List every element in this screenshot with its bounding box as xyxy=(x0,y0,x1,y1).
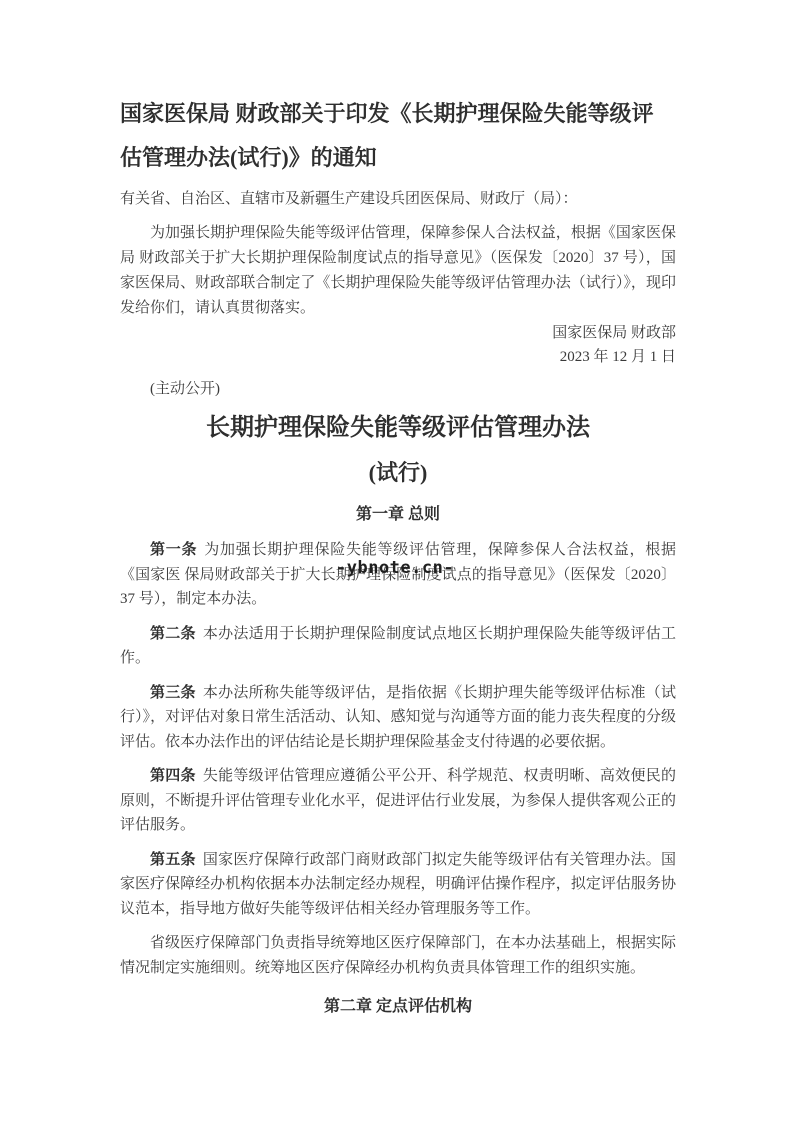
chapter-1-heading: 第一章 总则 xyxy=(120,502,676,528)
article-3-text: 本办法所称失能等级评估，是指依据《长期护理失能等级评估标准（试行）》，对评估对象… xyxy=(120,685,676,750)
article-3-label: 第三条 xyxy=(150,685,196,701)
article-2-text: 本办法适用于长期护理保险制度试点地区长期护理保险失能等级评估工作。 xyxy=(120,626,676,667)
article-4: 第四条失能等级评估管理应遵循公平公开、科学规范、权责明晰、高效便民的原则，不断提… xyxy=(120,764,676,838)
article-5: 第五条国家医疗保障行政部门商财政部门拟定失能等级评估有关管理办法。国家医疗保障经… xyxy=(120,848,676,922)
measures-subtitle: (试行) xyxy=(120,456,676,490)
article-1-text: 为加强长期护理保险失能等级评估管理，保障参保人合法权益，根据《国家医 保局财政部… xyxy=(120,542,676,607)
notice-title: 国家医保局 财政部关于印发《长期护理保险失能等级评估管理办法(试行)》的通知 xyxy=(120,92,655,180)
article-4-label: 第四条 xyxy=(150,768,196,784)
document-page: 国家医保局 财政部关于印发《长期护理保险失能等级评估管理办法(试行)》的通知 有… xyxy=(0,0,793,1122)
article-2-label: 第二条 xyxy=(150,626,196,642)
article-1-label: 第一条 xyxy=(150,542,197,558)
article-3: 第三条本办法所称失能等级评估，是指依据《长期护理失能等级评估标准（试行）》，对评… xyxy=(120,681,676,755)
article-4-text: 失能等级评估管理应遵循公平公开、科学规范、权责明晰、高效便民的原则，不断提升评估… xyxy=(120,768,676,833)
article-2: 第二条本办法适用于长期护理保险制度试点地区长期护理保险失能等级评估工作。 xyxy=(120,622,676,671)
chapter-2-heading: 第二章 定点评估机构 xyxy=(120,994,676,1020)
article-5-text: 国家医疗保障行政部门商财政部门拟定失能等级评估有关管理办法。国家医疗保障经办机构… xyxy=(120,852,676,917)
notice-body-paragraph: 为加强长期护理保险失能等级评估管理，保障参保人合法权益，根据《国家医保局 财政部… xyxy=(120,221,676,321)
date-line: 2023 年 12 月 1 日 xyxy=(120,345,676,369)
chapter-1-closing-paragraph: 省级医疗保障部门负责指导统筹地区医疗保障部门，在本办法基础上，根据实际情况制定实… xyxy=(120,931,676,980)
recipient-line: 有关省、自治区、直辖市及新疆生产建设兵团医保局、财政厅（局）： xyxy=(120,187,676,212)
measures-title: 长期护理保险失能等级评估管理办法 xyxy=(120,410,676,446)
article-5-label: 第五条 xyxy=(150,852,196,868)
article-1: 第一条为加强长期护理保险失能等级评估管理，保障参保人合法权益，根据《国家医 保局… xyxy=(120,538,676,612)
disclosure-note: (主动公开) xyxy=(120,377,676,402)
signer-line: 国家医保局 财政部 xyxy=(120,321,676,345)
